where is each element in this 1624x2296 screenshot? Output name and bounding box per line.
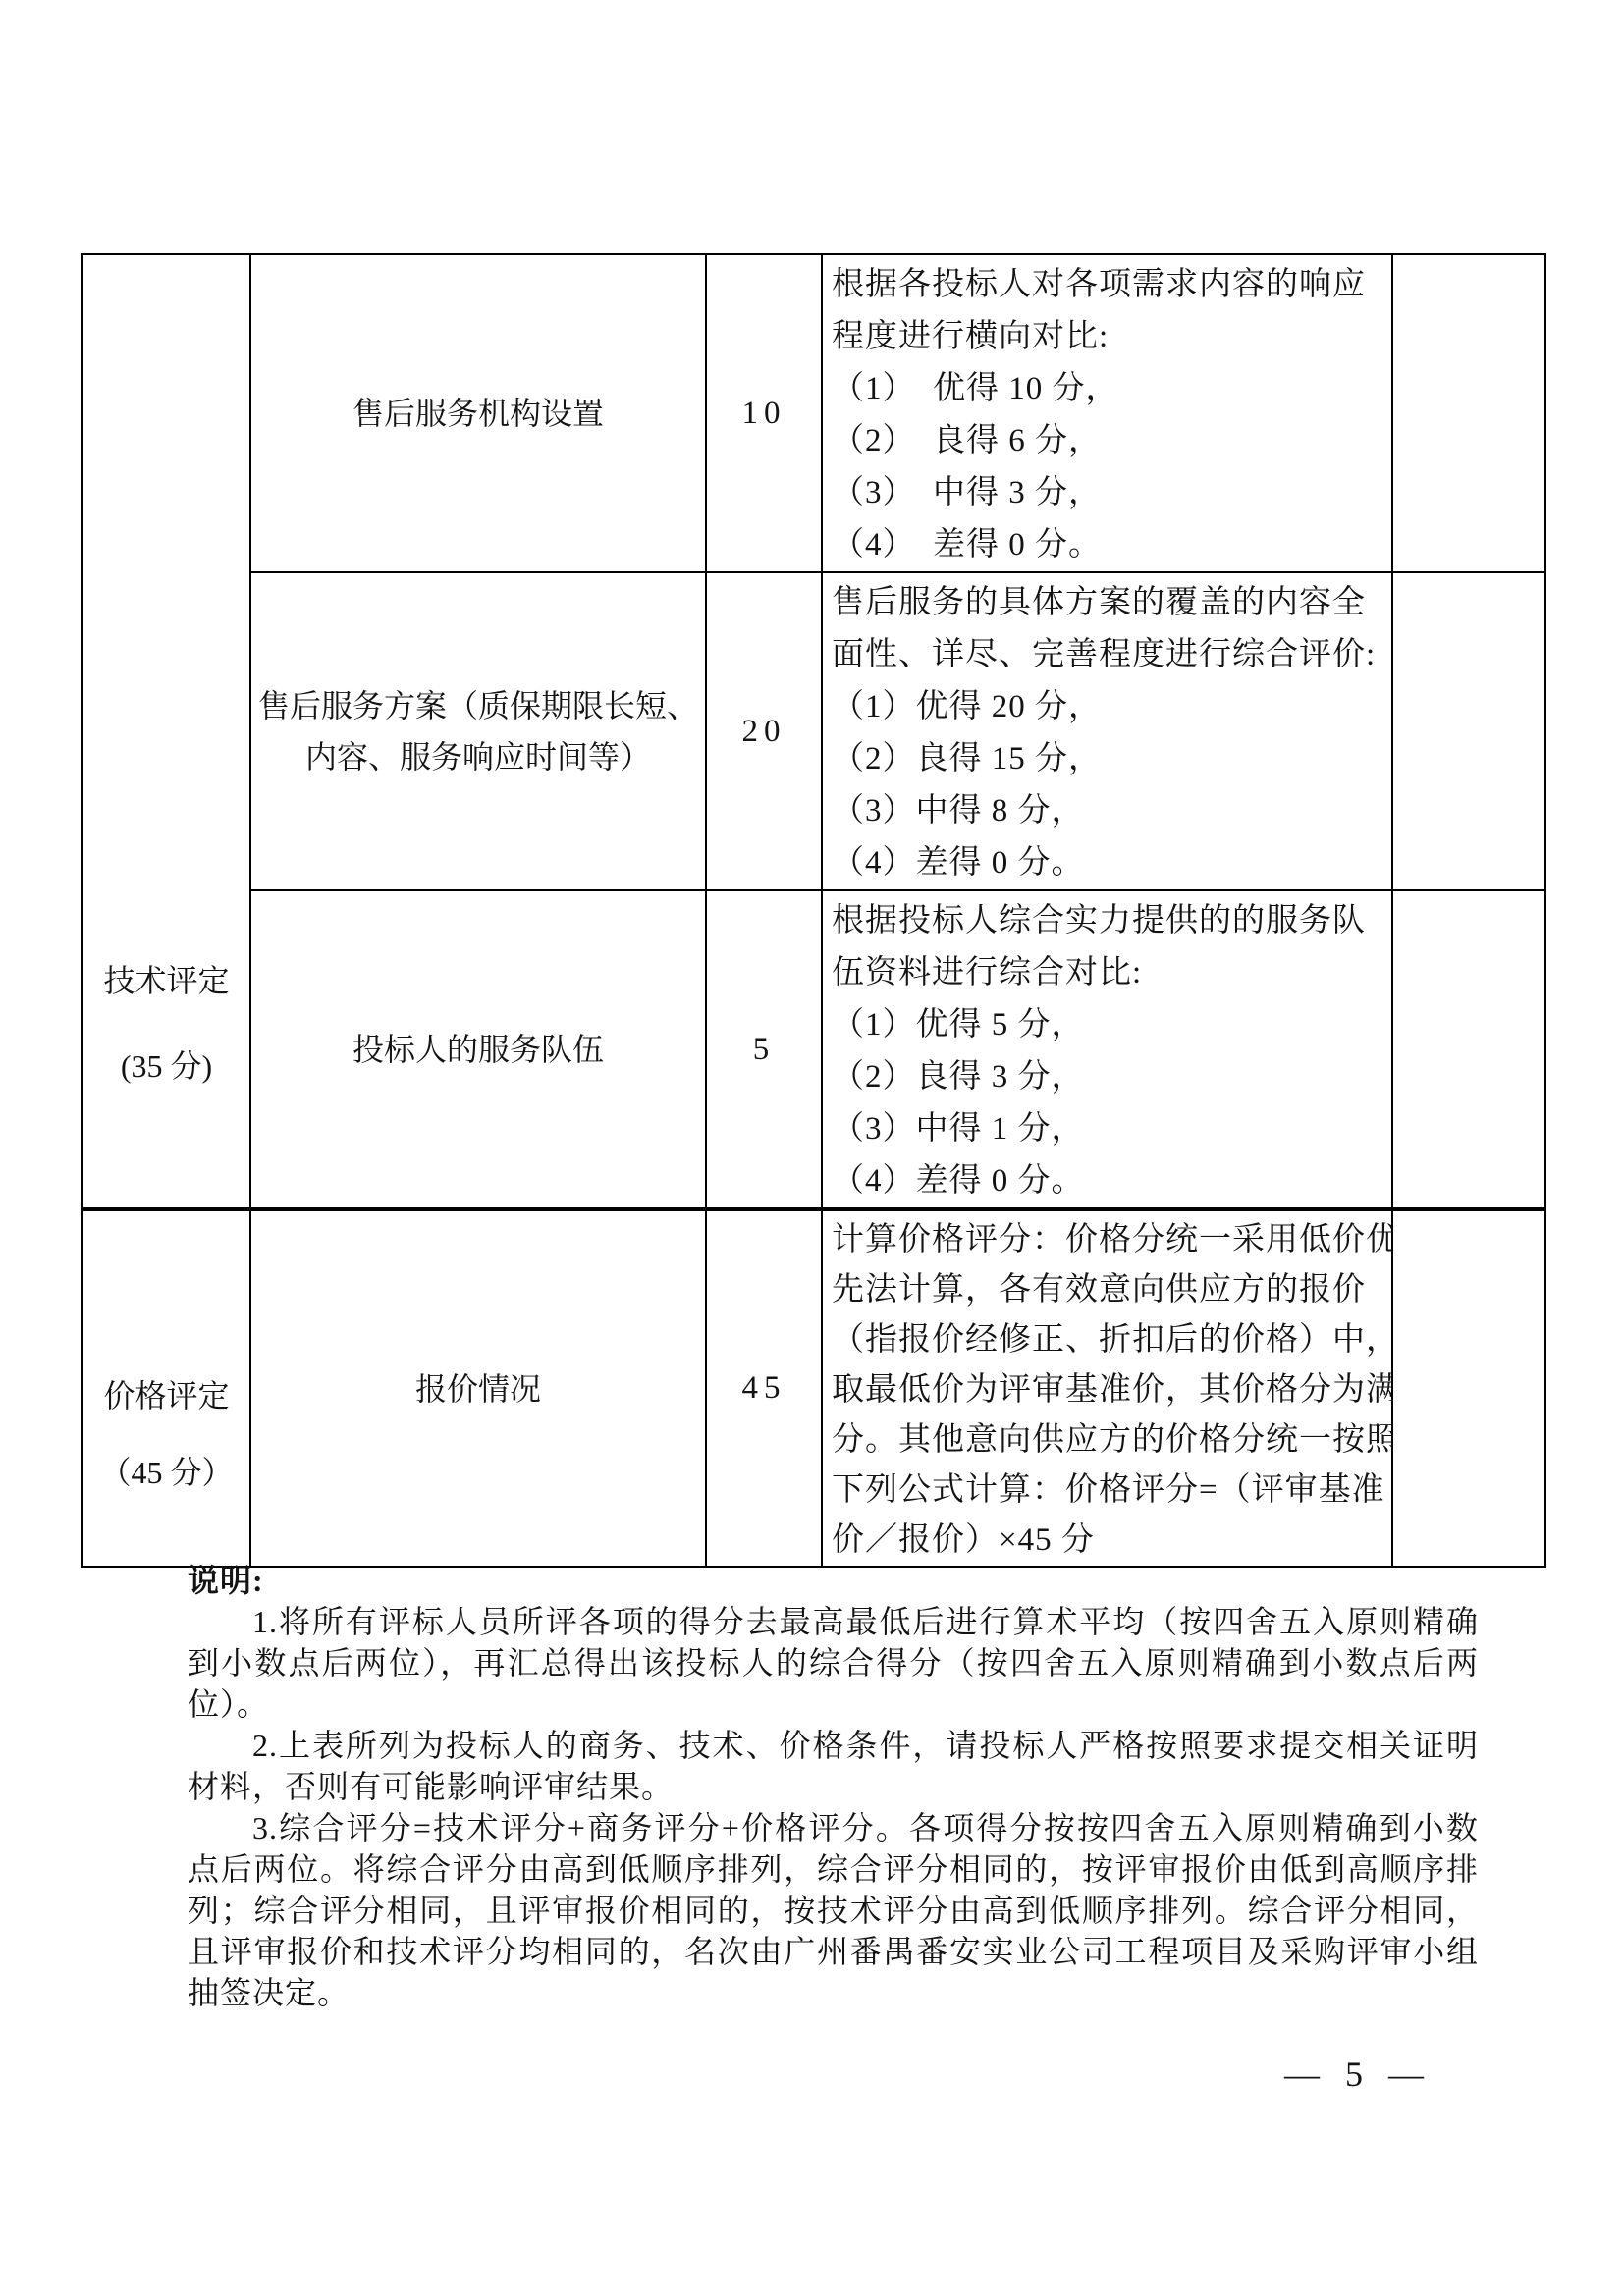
text-line: 1.将所有评标人员所评各项的得分去最高最低后进行算术平均（按四舍五入原则精确 <box>188 1601 1479 1642</box>
item-row2: 售后服务方案（质保期限长短、内容、服务响应时间等） <box>251 680 705 782</box>
cell-score-row4: 45 <box>706 1209 822 1567</box>
cell-score-row3: 5 <box>706 890 822 1209</box>
text-line: （1）优得 20 分， <box>832 681 1385 733</box>
page-number-value: 5 <box>1345 2054 1363 2095</box>
text-line: （1） 优得 10 分， <box>832 363 1385 415</box>
text-line: （1）优得 5 分， <box>832 999 1385 1051</box>
document-page: 技术评定 (35 分) 售后服务机构设置 10 根据各投标人对各项需求内容的响应… <box>0 0 1624 2296</box>
cell-score-row2: 20 <box>706 572 822 890</box>
cell-criteria-row2: 售后服务的具体方案的覆盖的内容全面性、详尽、完善程度进行综合评价:（1）优得 2… <box>822 572 1392 890</box>
page-number: — 5 — <box>1284 2054 1424 2095</box>
cell-score-row1: 10 <box>706 254 822 572</box>
text-line: （3）中得 8 分， <box>832 785 1385 837</box>
text-line: 报价情况 <box>251 1363 705 1415</box>
text-line: 2.上表所列为投标人的商务、技术、价格条件，请投标人严格按照要求提交相关证明 <box>188 1725 1479 1766</box>
text-line: 内容、服务响应时间等） <box>251 731 705 782</box>
text-line: （4）差得 0 分。 <box>832 1155 1385 1207</box>
item-row1: 售后服务机构设置 <box>251 388 705 439</box>
text-line: 投标人的服务队伍 <box>251 1024 705 1075</box>
text-line: 售后服务方案（质保期限长短、 <box>251 680 705 731</box>
page-number-dash-left: — <box>1284 2054 1320 2095</box>
cell-empty-row3 <box>1392 890 1545 1209</box>
category-technical-name: 技术评定 <box>83 938 249 1024</box>
text-line: 材料，否则有可能影响评审结果。 <box>188 1766 1479 1807</box>
text-line: （2）良得 3 分， <box>832 1051 1385 1103</box>
cell-criteria-row3: 根据投标人综合实力提供的的服务队伍资料进行综合对比:（1）优得 5 分，（2）良… <box>822 890 1392 1209</box>
notes-section: 说明: 1.将所有评标人员所评各项的得分去最高最低后进行算术平均（按四舍五入原则… <box>188 1560 1479 2013</box>
category-price-label: 价格评定 （45 分） <box>83 1267 249 1511</box>
criteria-row3: 根据投标人综合实力提供的的服务队伍资料进行综合对比:（1）优得 5 分，（2）良… <box>823 891 1391 1207</box>
text-line: 先法计算，各有效意向供应方的报价 <box>832 1265 1385 1315</box>
text-line: （4） 差得 0 分。 <box>832 519 1385 571</box>
text-line: 3.综合评分=技术评分+商务评分+价格评分。各项得分按按四舍五入原则精确到小数 <box>188 1807 1479 1848</box>
text-line: 点后两位。将综合评分由高到低顺序排列，综合评分相同的，按评审报价由低到高顺序排 <box>188 1848 1479 1890</box>
text-line: 程度进行横向对比: <box>832 311 1385 363</box>
notes-heading: 说明: <box>188 1560 1479 1601</box>
cell-empty-row4 <box>1392 1209 1545 1567</box>
text-line: 计算价格评分：价格分统一采用低价优 <box>832 1215 1385 1265</box>
text-line: 到小数点后两位），再汇总得出该投标人的综合得分（按四舍五入原则精确到小数点后两 <box>188 1642 1479 1683</box>
category-price-name: 价格评定 <box>83 1358 249 1434</box>
text-line: （2） 良得 6 分， <box>832 415 1385 467</box>
page-number-dash-right: — <box>1388 2054 1424 2095</box>
cell-item-row3: 投标人的服务队伍 <box>250 890 706 1209</box>
criteria-row2: 售后服务的具体方案的覆盖的内容全面性、详尽、完善程度进行综合评价:（1）优得 2… <box>823 573 1391 889</box>
text-line: 根据投标人综合实力提供的的服务队 <box>832 895 1385 947</box>
text-line: （2）良得 15 分， <box>832 733 1385 785</box>
criteria-row1: 根据各投标人对各项需求内容的响应程度进行横向对比:（1） 优得 10 分，（2）… <box>823 255 1391 571</box>
cell-item-row2: 售后服务方案（质保期限长短、内容、服务响应时间等） <box>250 572 706 890</box>
text-line: 伍资料进行综合对比: <box>832 947 1385 999</box>
cell-category-technical: 技术评定 (35 分) <box>82 254 250 1209</box>
cell-criteria-row4: 计算价格评分：价格分统一采用低价优先法计算，各有效意向供应方的报价（指报价经修正… <box>822 1209 1392 1567</box>
text-line: （3）中得 1 分， <box>832 1103 1385 1155</box>
text-line: 列；综合评分相同，且评审报价相同的，按技术评分由高到低顺序排列。综合评分相同， <box>188 1890 1479 1931</box>
item-row3: 投标人的服务队伍 <box>251 1024 705 1075</box>
text-line: （3） 中得 3 分， <box>832 467 1385 519</box>
item-row4: 报价情况 <box>251 1363 705 1415</box>
cell-criteria-row1: 根据各投标人对各项需求内容的响应程度进行横向对比:（1） 优得 10 分，（2）… <box>822 254 1392 572</box>
text-line: 下列公式计算：价格评分=（评审基准 <box>832 1466 1385 1516</box>
text-line: 面性、详尽、完善程度进行综合评价: <box>832 629 1385 681</box>
text-line: 售后服务的具体方案的覆盖的内容全 <box>832 577 1385 629</box>
category-price-score: （45 分） <box>83 1434 249 1511</box>
text-line: 价／报价）×45 分 <box>832 1516 1385 1566</box>
text-line: 且评审报价和技术评分均相同的，名次由广州番禺番安实业公司工程项目及采购评审小组 <box>188 1931 1479 1972</box>
cell-empty-row1 <box>1392 254 1545 572</box>
evaluation-table: 技术评定 (35 分) 售后服务机构设置 10 根据各投标人对各项需求内容的响应… <box>81 253 1546 1568</box>
text-line: 售后服务机构设置 <box>251 388 705 439</box>
notes-body: 1.将所有评标人员所评各项的得分去最高最低后进行算术平均（按四舍五入原则精确到小… <box>188 1601 1479 2013</box>
text-line: 根据各投标人对各项需求内容的响应 <box>832 259 1385 311</box>
cell-category-price: 价格评定 （45 分） <box>82 1209 250 1567</box>
category-technical-score: (35 分) <box>83 1024 249 1109</box>
text-line: 取最低价为评审基准价，其价格分为满 <box>832 1365 1385 1415</box>
criteria-row4: 计算价格评分：价格分统一采用低价优先法计算，各有效意向供应方的报价（指报价经修正… <box>823 1211 1391 1566</box>
text-line: 抽签决定。 <box>188 1972 1479 2013</box>
cell-empty-row2 <box>1392 572 1545 890</box>
text-line: 分。其他意向供应方的价格分统一按照 <box>832 1415 1385 1466</box>
text-line: （4）差得 0 分。 <box>832 837 1385 889</box>
text-line: （指报价经修正、折扣后的价格）中， <box>832 1315 1385 1365</box>
cell-item-row1: 售后服务机构设置 <box>250 254 706 572</box>
cell-item-row4: 报价情况 <box>250 1209 706 1567</box>
text-line: 位）。 <box>188 1683 1479 1725</box>
category-technical-label: 技术评定 (35 分) <box>83 354 249 1109</box>
